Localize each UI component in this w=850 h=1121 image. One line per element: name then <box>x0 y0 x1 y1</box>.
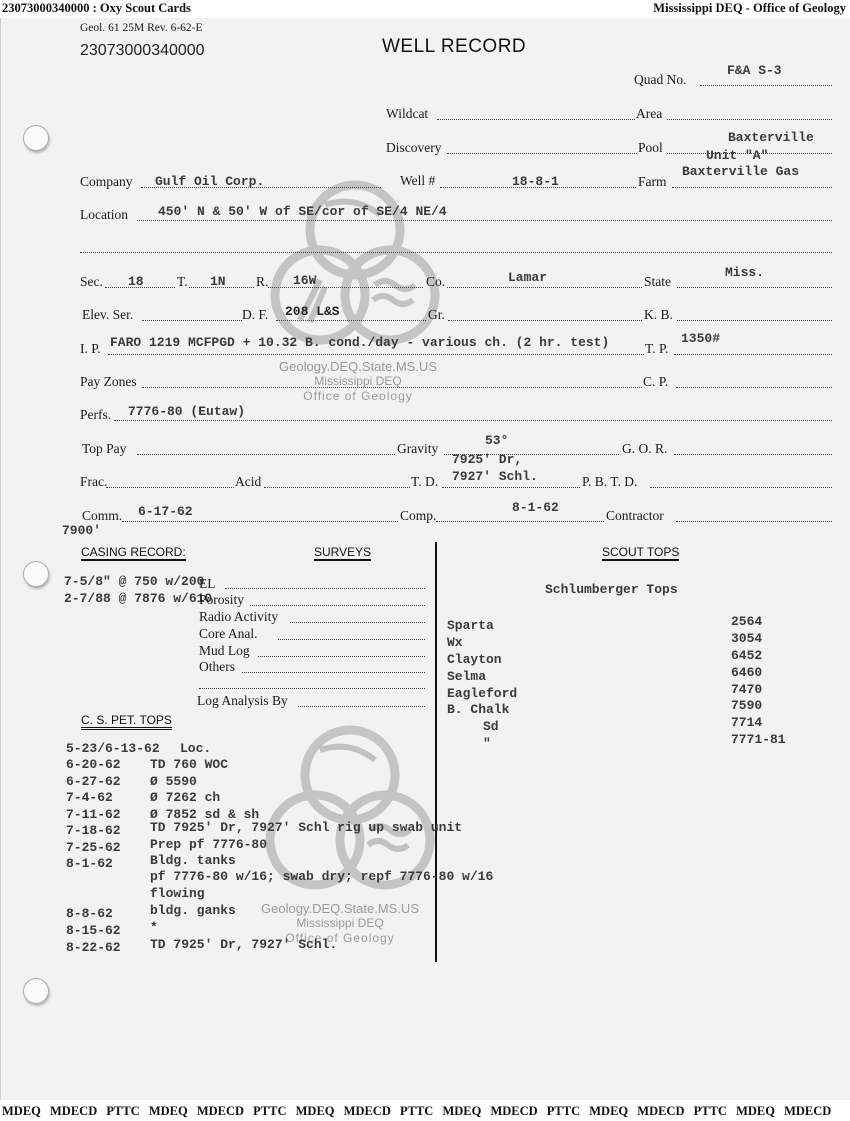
comm-label: Comm. <box>82 508 122 524</box>
punch-hole-icon <box>23 125 49 151</box>
log-note: pf 7776-80 w/16; swab dry; repf 7776-80 … <box>150 869 493 884</box>
formation-depth: 6452 <box>731 648 762 663</box>
survey-core-anal-label: Core Anal. <box>199 626 258 642</box>
formation-name: Sparta <box>447 618 494 633</box>
df-label: D. F. <box>242 307 268 323</box>
perfs-value: 7776-80 (Eutaw) <box>128 404 245 419</box>
pool-unit-value: Unit "A" <box>706 148 768 163</box>
formation-depth: 7590 <box>731 698 762 713</box>
perfs-label: Perfs. <box>80 407 111 423</box>
farm-label: Farm <box>638 174 667 190</box>
page-title: WELL RECORD <box>382 36 526 58</box>
range-label: R. <box>256 274 268 290</box>
agency-title: Mississippi DEQ - Office of Geology <box>653 1 846 16</box>
formation-depth: 7470 <box>731 682 762 697</box>
farm-value: Baxterville Gas <box>682 164 799 179</box>
log-date: 7-11-62 <box>66 807 121 822</box>
log-note: TD 760 WOC <box>150 757 228 772</box>
form-code: Geol. 61 25M Rev. 6-62-E <box>80 22 203 34</box>
log-date: 7-4-62 <box>66 790 113 805</box>
comp-label: Comp. <box>400 508 436 524</box>
casing-line: 7-5/8" @ 750 w/200 <box>64 574 204 589</box>
log-date: 7-18-62 <box>66 823 121 838</box>
township-value: 1N <box>210 274 226 289</box>
state-label: State <box>644 274 671 290</box>
tp-label: T. P. <box>645 341 668 357</box>
formation-name: " <box>483 736 491 751</box>
log-note: TD 7925' Dr, 7927' Schl. <box>150 937 337 952</box>
top-pay-label: Top Pay <box>82 441 126 457</box>
ip-label: I. P. <box>80 341 101 357</box>
formation-depth: 7714 <box>731 715 762 730</box>
gor-label: G. O. R. <box>622 441 667 457</box>
log-date: 8-1-62 <box>66 856 113 871</box>
formation-name: B. Chalk <box>447 702 509 717</box>
formation-name: Eagleford <box>447 686 517 701</box>
formation-name: Clayton <box>447 652 502 667</box>
log-date: 8-8-62 <box>66 906 113 921</box>
watermark-agency: Mississippi DEQ <box>235 916 445 930</box>
footer-watermark: MDEQ MDECD PTTC MDEQ MDECD PTTC MDEQ MDE… <box>0 1104 850 1121</box>
td-label: T. D. <box>411 474 438 490</box>
log-note: Ø 5590 <box>150 774 197 789</box>
formation-depth: 2564 <box>731 614 762 629</box>
pbtd-label: P. B. T. D. <box>582 474 637 490</box>
log-date: 6-20-62 <box>66 757 121 772</box>
casing-line: 2-7/88 @ 7876 w/610 <box>64 591 212 606</box>
well-no-value: 18-8-1 <box>512 174 559 189</box>
viewer-header: 23073000340000 : Oxy Scout Cards Mississ… <box>0 0 850 18</box>
watermark-url: Geology.DEQ.State.MS.US <box>235 901 445 916</box>
formation-name: Sd <box>483 719 499 734</box>
log-note: Loc. <box>180 741 211 756</box>
pool-value: Baxterville <box>728 130 814 145</box>
quad-no-label: Quad No. <box>634 72 687 88</box>
log-note: Prep pf 7776-80 <box>150 837 267 852</box>
comp-value: 8-1-62 <box>512 500 559 515</box>
county-label: Co. <box>426 274 445 290</box>
log-note: Ø 7262 ch <box>150 790 220 805</box>
scout-tops-header: SCOUT TOPS <box>602 545 679 561</box>
well-no-label: Well # <box>400 173 435 189</box>
log-date: 8-22-62 <box>66 940 121 955</box>
survey-mud-log-label: Mud Log <box>199 643 250 659</box>
log-note: * <box>150 920 158 935</box>
acid-label: Acid <box>235 474 261 490</box>
survey-others-label: Others <box>199 659 235 675</box>
frac-label: Frac. <box>80 474 107 490</box>
company-value: Gulf Oil Corp. <box>155 174 264 189</box>
gravity-value: 53° <box>485 433 508 448</box>
county-value: Lamar <box>508 270 547 285</box>
log-date: 6-27-62 <box>66 774 121 789</box>
pay-zones-label: Pay Zones <box>80 374 137 390</box>
sec-value: 18 <box>128 274 144 289</box>
column-divider <box>435 542 437 962</box>
punch-hole-icon <box>23 561 49 587</box>
log-note: TD 7925' Dr, 7927' Schl rig up swab unit <box>150 820 462 835</box>
schlumberger-tops-subheader: Schlumberger Tops <box>545 582 678 597</box>
gravity-label: Gravity <box>397 441 438 457</box>
td-drill-value: 7925' Dr, <box>452 452 522 467</box>
ip-value: FARO 1219 MCFPGD + 10.32 B. cond./day - … <box>110 335 609 350</box>
comm-value: 6-17-62 <box>138 504 193 519</box>
tp-value: 1350# <box>681 331 720 346</box>
casing-record-header: CASING RECORD: <box>81 545 186 561</box>
margin-note: 7900' <box>62 523 101 538</box>
gr-label: Gr. <box>428 307 445 323</box>
api-number: 23073000340000 <box>80 42 205 60</box>
pool-label: Pool <box>638 140 663 156</box>
cs-pet-tops-header: C. S. PET. TOPS <box>81 713 172 730</box>
survey-radio-activity-label: Radio Activity <box>199 609 278 625</box>
log-note: flowing <box>150 886 205 901</box>
formation-depth: 7771-81 <box>731 732 786 747</box>
location-value: 450' N & 50' W of SE/cor of SE/4 NE/4 <box>158 204 447 219</box>
watermark-agency: Mississippi DEQ <box>258 374 458 388</box>
formation-name: Selma <box>447 669 486 684</box>
log-date: 7-25-62 <box>66 840 121 855</box>
log-note: bldg. ganks <box>150 903 236 918</box>
state-value: Miss. <box>725 265 764 280</box>
formation-depth: 6460 <box>731 665 762 680</box>
log-note: Bldg. tanks <box>150 853 236 868</box>
elev-ser-label: Elev. Ser. <box>82 307 133 323</box>
location-label: Location <box>80 207 128 223</box>
discovery-label: Discovery <box>386 140 441 156</box>
punch-hole-icon <box>23 978 49 1004</box>
formation-depth: 3054 <box>731 631 762 646</box>
watermark-office: Office of Geology <box>258 389 458 403</box>
kb-label: K. B. <box>644 307 673 323</box>
survey-porosity-label: Porosity <box>199 592 244 608</box>
df-value: 208 L&S <box>285 304 340 319</box>
formation-name: Wx <box>447 635 463 650</box>
company-label: Company <box>80 174 133 190</box>
wildcat-label: Wildcat <box>386 106 428 122</box>
survey-el-label: EL <box>199 576 216 592</box>
surveys-header: SURVEYS <box>314 545 371 561</box>
cp-label: C. P. <box>643 374 668 390</box>
document-id-title: 23073000340000 : Oxy Scout Cards <box>2 1 191 16</box>
area-label: Area <box>636 106 662 122</box>
log-analysis-by-label: Log Analysis By <box>197 693 288 709</box>
range-value: 16W <box>293 273 316 288</box>
sec-label: Sec. <box>80 274 103 290</box>
log-date: 8-15-62 <box>66 923 121 938</box>
log-date: 5-23/6-13-62 <box>66 741 160 756</box>
contractor-label: Contractor <box>606 508 664 524</box>
quad-no-value: F&A S-3 <box>727 63 782 78</box>
watermark-url: Geology.DEQ.State.MS.US <box>258 359 458 374</box>
td-schl-value: 7927' Schl. <box>452 469 538 484</box>
township-label: T. <box>177 274 188 290</box>
